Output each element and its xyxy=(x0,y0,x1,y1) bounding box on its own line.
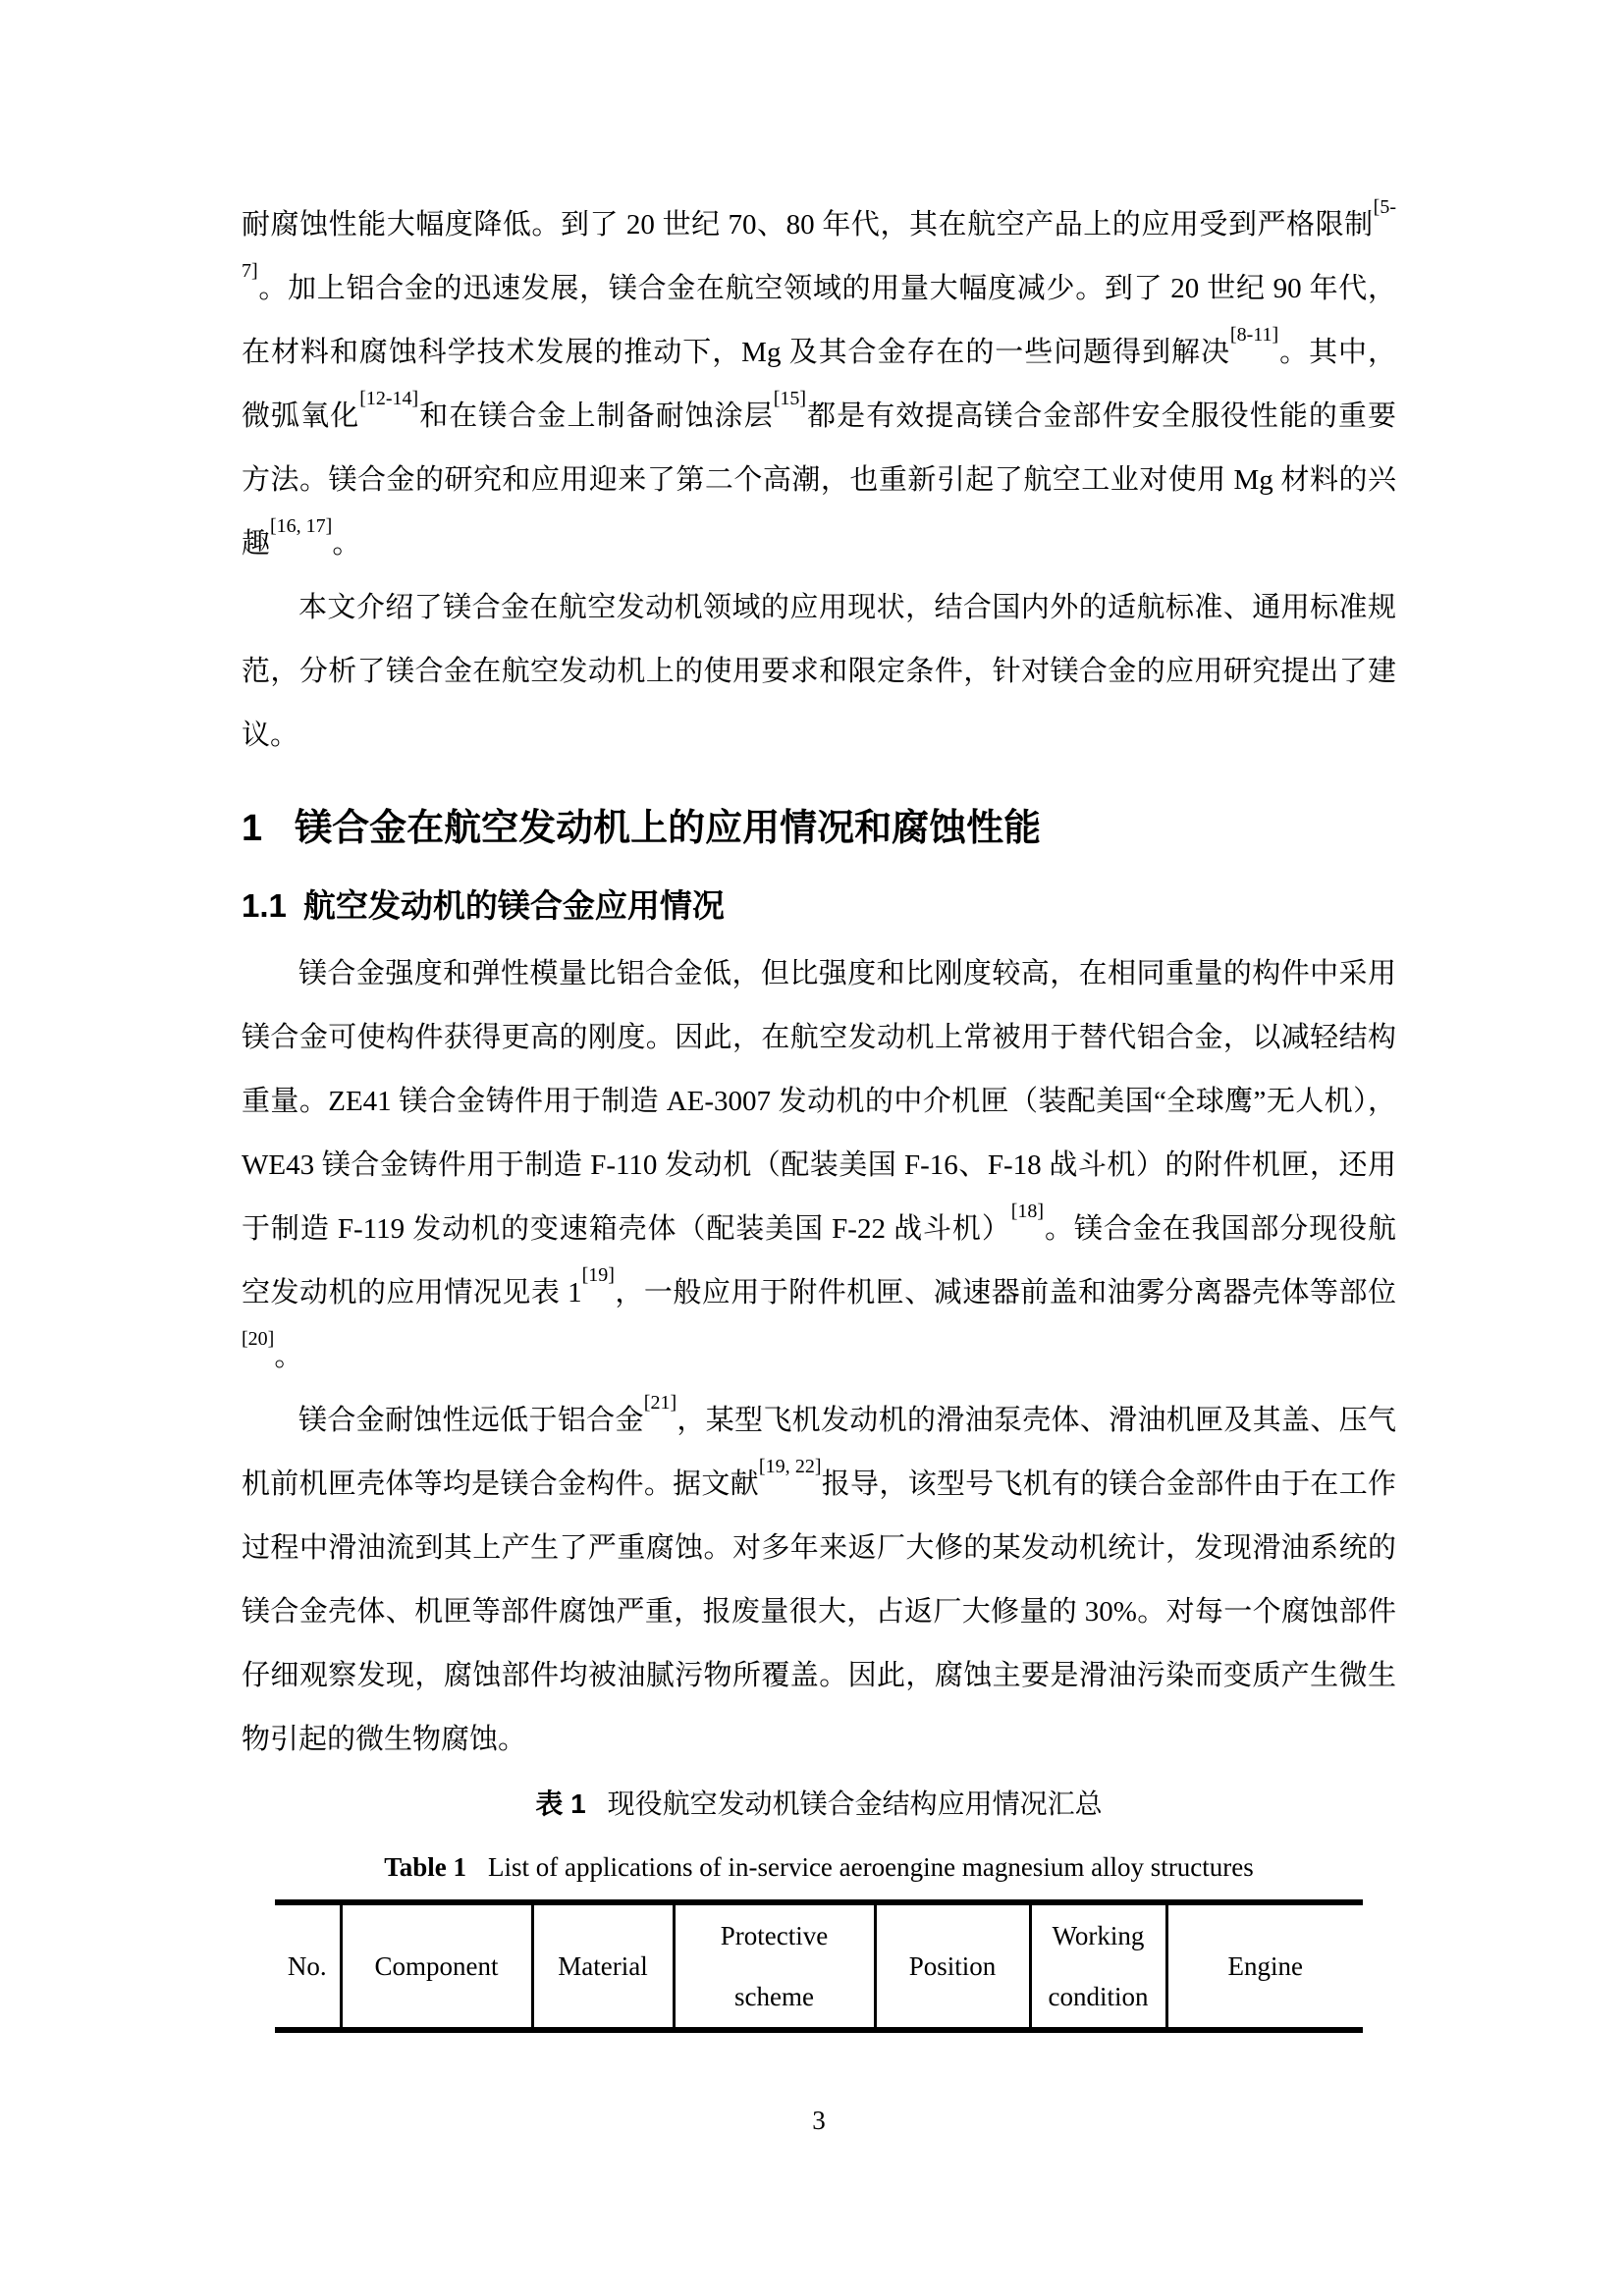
text-run: 耐腐蚀性能大幅度降低。到了 20 世纪 70、80 年代，其在航空产品上的应用受… xyxy=(242,209,1374,240)
text-run: 镁合金壳体、机匣等部件腐蚀严重，报废量很大，占返厂大修量的 30%。对每一个腐蚀… xyxy=(242,1596,1396,1628)
text-line: 机前机匣壳体等均是镁合金构件。据文献[19, 22]报导，该型号飞机有的镁合金部… xyxy=(242,1453,1396,1517)
text-run: 镁合金可使构件获得更高的刚度。因此，在航空发动机上常被用于替代铝合金，以减轻结构 xyxy=(242,1022,1396,1053)
citation-superscript: [21] xyxy=(644,1392,677,1414)
body-paragraph-4: 镁合金耐蚀性远低于铝合金[21]，某型飞机发动机的滑油泵壳体、滑油机匣及其盖、压… xyxy=(242,1389,1396,1772)
text-run: 。 xyxy=(274,1341,302,1372)
text-line: 重量。ZE41 镁合金铸件用于制造 AE-3007 发动机的中介机匣（装配美国“… xyxy=(242,1070,1396,1134)
page-content: 耐腐蚀性能大幅度降低。到了 20 世纪 70、80 年代，其在航空产品上的应用受… xyxy=(242,193,1396,2153)
text-run: 。 xyxy=(332,528,360,560)
body-paragraph-3: 镁合金强度和弹性模量比铝合金低，但比强度和比刚度较高，在相同重量的构件中采用镁合… xyxy=(242,942,1396,1389)
text-run: 机前机匣壳体等均是镁合金构件。据文献 xyxy=(242,1468,759,1500)
table-1-header-no: No. xyxy=(275,1902,341,2030)
text-line: 镁合金强度和弹性模量比铝合金低，但比强度和比刚度较高，在相同重量的构件中采用 xyxy=(242,942,1396,1006)
text-run: 在材料和腐蚀科学技术发展的推动下，Mg 及其合金存在的一些问题得到解决 xyxy=(242,337,1230,368)
table-1-caption-zh: 表 1现役航空发动机镁合金结构应用情况汇总 xyxy=(242,1772,1396,1836)
text-run: 范，分析了镁合金在航空发动机上的使用要求和限定条件，针对镁合金的应用研究提出了建 xyxy=(242,656,1396,687)
text-run: 。加上铝合金的迅速发展，镁合金在航空领域的用量大幅度减少。到了 20 世纪 90… xyxy=(258,273,1396,304)
table-1-header-working-condition: Working condition xyxy=(1030,1902,1166,2030)
section-heading-1: 1镁合金在航空发动机上的应用情况和腐蚀性能 xyxy=(242,797,1396,861)
text-line: 方法。镁合金的研究和应用迎来了第二个高潮，也重新引起了航空工业对使用 Mg 材料… xyxy=(242,449,1396,512)
text-run: 和在镁合金上制备耐蚀涂层 xyxy=(418,400,774,432)
table-1-header-material: Material xyxy=(532,1902,674,2030)
text-line: 过程中滑油流到其上产生了严重腐蚀。对多年来返厂大修的某发动机统计，发现滑油系统的 xyxy=(242,1517,1396,1580)
table-1-caption-zh-label: 表 1 xyxy=(535,1789,585,1819)
text-line: 仔细观察发现，腐蚀部件均被油腻污物所覆盖。因此，腐蚀主要是滑油污染而变质产生微生 xyxy=(242,1644,1396,1708)
text-run: WE43 镁合金铸件用于制造 F-110 发动机（配装美国 F-16、F-18 … xyxy=(242,1149,1396,1181)
section-1-1-number: 1.1 xyxy=(242,887,287,924)
text-line: 镁合金可使构件获得更高的刚度。因此，在航空发动机上常被用于替代铝合金，以减轻结构 xyxy=(242,1006,1396,1070)
text-run: 镁合金耐蚀性远低于铝合金 xyxy=(298,1405,644,1436)
section-1-title: 镁合金在航空发动机上的应用情况和腐蚀性能 xyxy=(295,808,1041,849)
citation-superscript: [19] xyxy=(582,1264,615,1286)
text-run: 方法。镁合金的研究和应用迎来了第二个高潮，也重新引起了航空工业对使用 Mg 材料… xyxy=(242,464,1396,496)
text-run: 。镁合金在我国部分现役航 xyxy=(1044,1213,1396,1245)
body-paragraph-1: 耐腐蚀性能大幅度降低。到了 20 世纪 70、80 年代，其在航空产品上的应用受… xyxy=(242,193,1396,576)
page-number: 3 xyxy=(242,2089,1396,2153)
citation-superscript: [15] xyxy=(774,388,806,409)
text-line: WE43 镁合金铸件用于制造 F-110 发动机（配装美国 F-16、F-18 … xyxy=(242,1134,1396,1198)
text-run: 本文介绍了镁合金在航空发动机领域的应用现状，结合国内外的适航标准、通用标准规 xyxy=(298,592,1396,623)
table-1-header-protective-scheme: Protective scheme xyxy=(674,1902,875,2030)
citation-superscript: [12-14] xyxy=(359,388,418,409)
table-1-header-engine: Engine xyxy=(1166,1902,1363,2030)
text-line: 7]。加上铝合金的迅速发展，镁合金在航空领域的用量大幅度减少。到了 20 世纪 … xyxy=(242,257,1396,321)
text-run: 报导，该型号飞机有的镁合金部件由于在工作 xyxy=(822,1468,1396,1500)
section-heading-1-1: 1.1航空发动机的镁合金应用情况 xyxy=(242,874,1396,937)
citation-superscript: [16, 17] xyxy=(270,515,332,537)
text-run: ，一般应用于附件机匣、减速器前盖和油雾分离器壳体等部位 xyxy=(615,1277,1396,1308)
text-line: 本文介绍了镁合金在航空发动机领域的应用现状，结合国内外的适航标准、通用标准规 xyxy=(242,576,1396,640)
citation-superscript: [5- xyxy=(1374,196,1396,218)
table-1-header-row: No. Component Material Protective scheme… xyxy=(275,1902,1363,2030)
text-run: 物引起的微生物腐蚀。 xyxy=(242,1724,526,1755)
text-line: 物引起的微生物腐蚀。 xyxy=(242,1708,1396,1772)
text-run: 。其中， xyxy=(1278,337,1396,368)
text-line: 空发动机的应用情况见表 1[19]，一般应用于附件机匣、减速器前盖和油雾分离器壳… xyxy=(242,1261,1396,1325)
text-run: 议。 xyxy=(242,720,298,751)
section-1-number: 1 xyxy=(242,808,262,849)
text-line: 镁合金耐蚀性远低于铝合金[21]，某型飞机发动机的滑油泵壳体、滑油机匣及其盖、压… xyxy=(242,1389,1396,1453)
text-run: 镁合金强度和弹性模量比铝合金低，但比强度和比刚度较高，在相同重量的构件中采用 xyxy=(298,958,1396,989)
citation-superscript: [18] xyxy=(1011,1201,1044,1222)
text-run: 趣 xyxy=(242,528,270,560)
citation-superscript: [20] xyxy=(242,1328,274,1350)
body-paragraph-2: 本文介绍了镁合金在航空发动机领域的应用现状，结合国内外的适航标准、通用标准规范，… xyxy=(242,576,1396,768)
citation-superscript: 7] xyxy=(242,260,258,282)
citation-superscript: [8-11] xyxy=(1230,324,1278,346)
text-run: 重量。ZE41 镁合金铸件用于制造 AE-3007 发动机的中介机匣（装配美国“… xyxy=(242,1086,1396,1117)
text-line: 微弧氧化[12-14]和在镁合金上制备耐蚀涂层[15]都是有效提高镁合金部件安全… xyxy=(242,385,1396,449)
text-run: 过程中滑油流到其上产生了严重腐蚀。对多年来返厂大修的某发动机统计，发现滑油系统的 xyxy=(242,1532,1396,1564)
table-1: No. Component Material Protective scheme… xyxy=(275,1899,1363,2033)
document-page: 耐腐蚀性能大幅度降低。到了 20 世纪 70、80 年代，其在航空产品上的应用受… xyxy=(0,0,1624,2296)
text-line: 趣[16, 17]。 xyxy=(242,512,1396,576)
text-run: ，某型飞机发动机的滑油泵壳体、滑油机匣及其盖、压气 xyxy=(677,1405,1396,1436)
text-line: 议。 xyxy=(242,704,1396,768)
text-run: 仔细观察发现，腐蚀部件均被油腻污物所覆盖。因此，腐蚀主要是滑油污染而变质产生微生 xyxy=(242,1660,1396,1691)
citation-superscript: [19, 22] xyxy=(759,1456,822,1477)
table-1-caption-en-text: List of applications of in-service aeroe… xyxy=(488,1852,1254,1882)
table-1-header-position: Position xyxy=(875,1902,1030,2030)
table-1-caption-zh-text: 现役航空发动机镁合金结构应用情况汇总 xyxy=(608,1789,1103,1820)
text-run: 微弧氧化 xyxy=(242,400,359,432)
text-run: 都是有效提高镁合金部件安全服役性能的重要 xyxy=(806,400,1396,432)
text-line: 在材料和腐蚀科学技术发展的推动下，Mg 及其合金存在的一些问题得到解决[8-11… xyxy=(242,321,1396,385)
table-1-caption-en: Table 1List of applications of in-servic… xyxy=(242,1836,1396,1899)
table-1-header-component: Component xyxy=(341,1902,532,2030)
text-run: 于制造 F-119 发动机的变速箱壳体（配装美国 F-22 战斗机） xyxy=(242,1213,1011,1245)
text-line: 耐腐蚀性能大幅度降低。到了 20 世纪 70、80 年代，其在航空产品上的应用受… xyxy=(242,193,1396,257)
text-line: 于制造 F-119 发动机的变速箱壳体（配装美国 F-22 战斗机）[18]。镁… xyxy=(242,1198,1396,1261)
section-1-1-title: 航空发动机的镁合金应用情况 xyxy=(303,887,725,924)
text-line: [20]。 xyxy=(242,1325,1396,1389)
text-line: 范，分析了镁合金在航空发动机上的使用要求和限定条件，针对镁合金的应用研究提出了建 xyxy=(242,640,1396,704)
table-1-caption-en-label: Table 1 xyxy=(384,1852,466,1882)
text-line: 镁合金壳体、机匣等部件腐蚀严重，报废量很大，占返厂大修量的 30%。对每一个腐蚀… xyxy=(242,1580,1396,1644)
text-run: 空发动机的应用情况见表 1 xyxy=(242,1277,582,1308)
